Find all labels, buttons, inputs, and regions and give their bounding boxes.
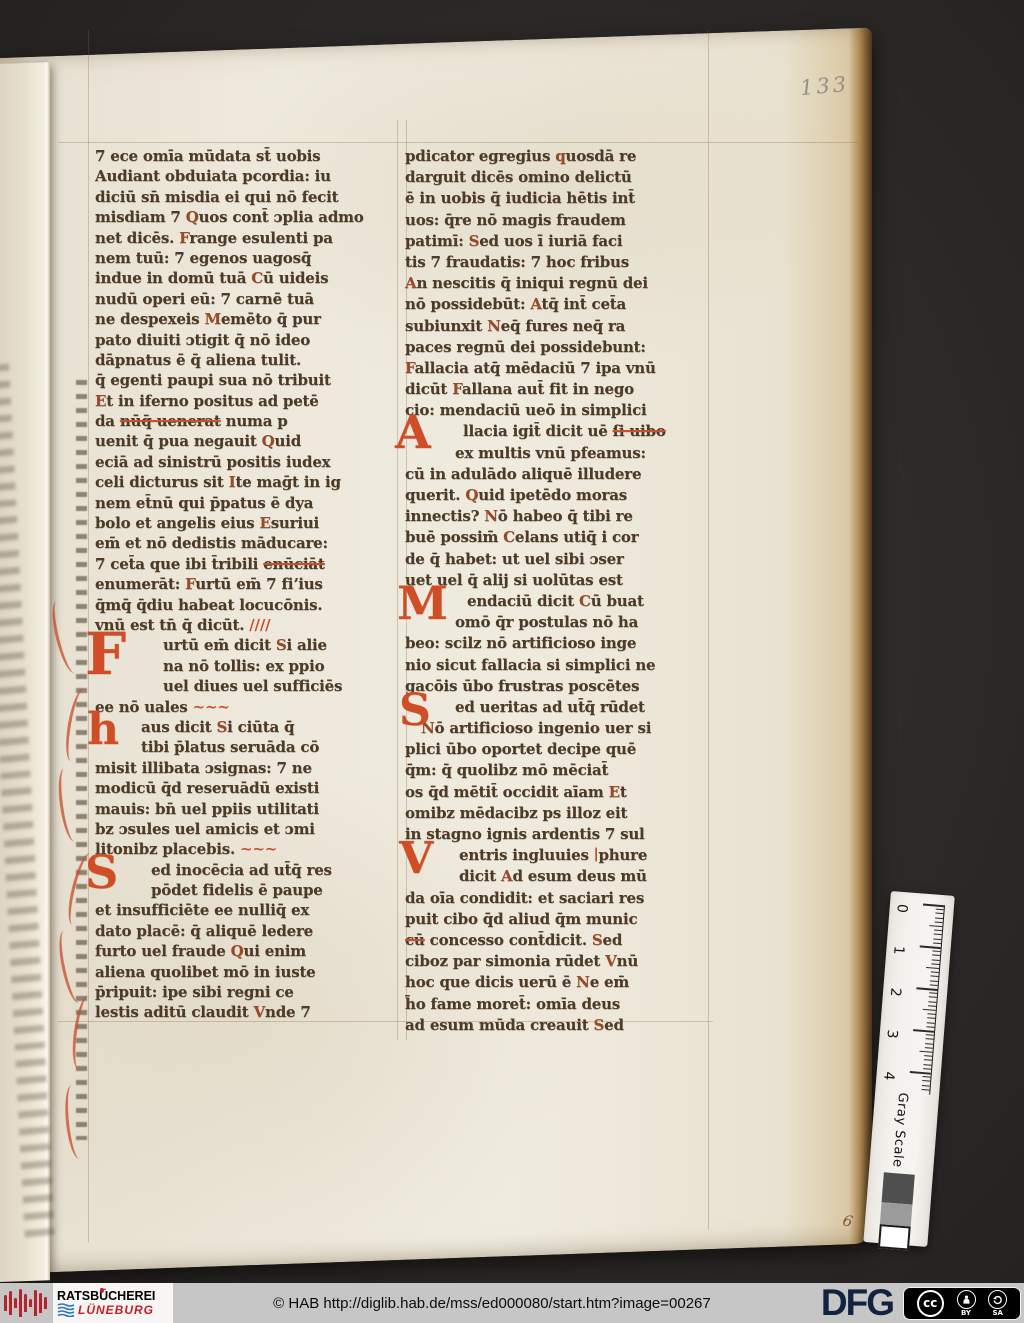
manuscript-line: cū concesso cont̄dicit. Sed <box>405 930 711 951</box>
ruling-line <box>58 142 858 143</box>
rubricated-initial: V <box>399 839 433 879</box>
rubricated-initial: A <box>395 412 431 453</box>
manuscript-line: pōdet fidelis ē paupe <box>95 880 397 900</box>
manuscript-line: ciboz par simonia rūdet Vnū <box>405 951 711 972</box>
manuscript-line: bolo et angelis eius Esuriui <box>95 513 397 533</box>
manuscript-line: enumerāt: Furtū em̄ 7 fiʼius <box>95 574 397 594</box>
ruler-number: 3 <box>883 1029 900 1039</box>
ruler-tick <box>935 921 943 923</box>
manuscript-line: plici ūbo oportet decipe quē <box>405 739 711 760</box>
ruler-tick <box>928 1005 936 1007</box>
manuscript-line: ed inocēcia ad ut̄q̄ res <box>95 860 397 880</box>
manuscript-line: h̄o fame moret̄: omīa deus <box>405 994 711 1015</box>
manuscript-line: aus dicit Si ciūta q̄ <box>95 717 397 737</box>
manuscript-line: mauis: bn̄ uel ppiis utilitati <box>95 799 397 819</box>
facing-page-sliver <box>0 62 50 1282</box>
manuscript-line: uenit q̄ pua negauit Quid <box>95 431 397 451</box>
ruler-tick <box>920 945 941 948</box>
ruler-tick <box>913 1029 934 1032</box>
red-bar <box>24 1294 27 1312</box>
ruler-tick <box>919 1051 932 1053</box>
manuscript-line: Nō artificioso ingenio uer si <box>405 718 711 739</box>
manuscript-line: paces regnū dei possidebunt: <box>405 337 711 358</box>
ruler-tick <box>924 1059 932 1061</box>
manuscript-line: bz ɔsules uel amicis et ɔmi <box>95 819 397 839</box>
ruler-tick <box>922 1085 930 1087</box>
manuscript-line: q̄ egenti paupi sua nō tribuit <box>95 370 397 390</box>
ruler-tick <box>926 1034 934 1036</box>
ruler-tick <box>922 1080 930 1082</box>
manuscript-line: ad esum mūda creauit Sed <box>405 1015 711 1036</box>
ruler-tick <box>921 1089 929 1091</box>
manuscript-line: tis 7 fraudatis: 7 hoc fribus <box>405 252 711 273</box>
rubricated-initial: F <box>85 628 126 680</box>
ruler-tick <box>927 1022 935 1024</box>
manuscript-line: diciū sn̄ misdia ei qui nō fecit <box>95 187 397 207</box>
manuscript-line: dicūt Fallana aut̄ fit in nego <box>405 379 711 400</box>
manuscript-left-column: 7 ece omīa mūdata st̄ uobisAudiant obdui… <box>95 146 397 1023</box>
manuscript-line: modicū q̄d reseruādū existi <box>95 778 397 798</box>
ruler-tick <box>933 938 941 940</box>
manuscript-line: os q̄d mētit̄ occidit aīam Et <box>405 782 711 803</box>
waves-book-icon <box>57 1303 75 1317</box>
cc-sa-icon: SA <box>988 1290 1007 1317</box>
manuscript-line: pdicator egregius quosdā re <box>405 146 711 167</box>
manuscript-line: uos: q̄re nō magis fraudem <box>405 210 711 231</box>
gray-scale-patches <box>878 1172 915 1250</box>
manuscript-line: p̄ripuit: ipe sibi regni ce <box>95 982 397 1002</box>
manuscript-line: entris ingluuies ∣phure <box>405 845 711 866</box>
manuscript-line: Et in iferno positus ad petē <box>95 391 397 411</box>
manuscript-line: eciā ad sinistrū positis iudex <box>95 452 397 472</box>
manuscript-line: 7 ece omīa mūdata st̄ uobis <box>95 146 397 166</box>
manuscript-line: ē in uobis q̄ iudicia hētis int̄ <box>405 188 711 209</box>
red-bar <box>19 1289 22 1317</box>
ruler-tick <box>925 1047 933 1049</box>
manuscript-line: misdiam 7 Quos cont̄ ɔplia admo <box>95 207 397 227</box>
manuscript-line: cū in adulādo aliquē illudere <box>405 464 711 485</box>
manuscript-line: dicit Ad esum deus mū <box>405 866 711 887</box>
red-bar <box>9 1291 12 1315</box>
cc-license-badge: cc BY SA <box>903 1287 1021 1320</box>
manuscript-line: dato placē: q̄ aliquē ledere <box>95 921 397 941</box>
ruler-number: 1 <box>890 945 907 955</box>
ruler-tick <box>930 976 938 978</box>
ruler-tick <box>924 1055 932 1057</box>
manuscript-line: subiunxit Neq̄ fures neq̄ ra <box>405 316 711 337</box>
manuscript-line: hoc que dicis uerū ē Ne em̄ <box>405 972 711 993</box>
manuscript-line: nem et̄nū qui p̄patus ē dya <box>95 493 397 513</box>
footer-bar: RATSBÜCHEREI LÜNEBURG © HAB http://digli… <box>0 1283 1024 1323</box>
manuscript-line: nem tuū: 7 egenos uagosq̄ <box>95 248 397 268</box>
ruler-tick <box>934 934 942 936</box>
red-bar <box>34 1290 37 1316</box>
ruler-tick <box>926 1026 934 1028</box>
library-city: LÜNEBURG <box>78 1303 154 1317</box>
ruler-tick <box>931 963 939 965</box>
manuscript-line: innectis? Nō habeo q̄ tibi re <box>405 506 711 527</box>
ruler-tick <box>935 917 943 919</box>
manuscript-line: uet uel q̄ alij si uolūtas est <box>405 570 711 591</box>
manuscript-line: endaciū dicit Cū buat <box>405 591 711 612</box>
ruler-number: 4 <box>880 1071 897 1081</box>
manuscript-line: tibi p̄latus seruāda cō <box>95 737 397 757</box>
dfg-logo: DFG <box>821 1283 893 1323</box>
manuscript-line: lestis aditū claudit Vnde 7 <box>95 1002 397 1022</box>
ruler-tick <box>922 1076 930 1078</box>
ruler-tick <box>923 1064 931 1066</box>
ruler-tick <box>910 1071 931 1074</box>
red-bar <box>4 1295 7 1311</box>
ruler-tick <box>933 942 941 944</box>
rubricated-initial: M <box>397 583 448 624</box>
manuscript-line: buē possim̄ Celans utiq̄ i cor <box>405 527 711 548</box>
rubricated-initial: S <box>85 852 118 893</box>
digitized-manuscript-photo: { "photo": { "folio_number": "133", "cor… <box>0 0 1024 1323</box>
manuscript-line: in stagno ignis ardentis 7 sul <box>405 824 711 845</box>
dark-gray-patch <box>882 1172 915 1204</box>
ruler-tick <box>929 992 937 994</box>
manuscript-line: querit. Quid ipetēdo moras <box>405 485 711 506</box>
manuscript-line: dāpnatus ē q̄ aliena tulit. <box>95 350 397 370</box>
ruler-tick <box>932 955 940 957</box>
manuscript-line: An nescitis q̄ iniqui regnū dei <box>405 273 711 294</box>
red-bar <box>44 1297 47 1309</box>
manuscript-line: q̄mq̄ q̄diu habeat locucōnis. <box>95 595 397 615</box>
manuscript-line: ee nō uales ~~~ <box>95 697 397 717</box>
manuscript-line: de q̄ habet: ut uel sibi ɔser <box>405 549 711 570</box>
red-bar <box>29 1299 32 1307</box>
manuscript-right-column: pdicator egregius quosdā redarguit dicēs… <box>405 146 711 1036</box>
ratsbuecherei-bars-icon <box>0 1283 53 1323</box>
ruler-tick <box>925 1043 933 1045</box>
manuscript-line: uel diues uel sufficiēs <box>95 676 397 696</box>
manuscript-line: vnū est tn̄ q̄ dicūt. //// <box>95 615 397 635</box>
manuscript-line: nudū operi eū: 7 carnē tuā <box>95 289 397 309</box>
manuscript-line: celi dicturus sit Ite maḡt in ig <box>95 472 397 492</box>
manuscript-line: llacia igit̄ dicit uē ſi uibo <box>405 421 711 442</box>
manuscript-line: nio sicut fallacia si simplici ne <box>405 655 711 676</box>
cc-sa-label: SA <box>993 1310 1003 1317</box>
manuscript-line: da nūq̄ uenerat numa p <box>95 411 397 431</box>
gray-scale-ruler: 01234 Gray Scale <box>863 891 954 1247</box>
manuscript-line: omibz mēdacibz ps illoz eit <box>405 803 711 824</box>
manuscript-line: litonibz placebis. ~~~ <box>95 839 397 859</box>
manuscript-line: darguit dicēs omino delictū <box>405 167 711 188</box>
ruler-tick <box>929 997 937 999</box>
ruler-tick <box>923 1009 936 1011</box>
mid-gray-patch <box>880 1202 913 1226</box>
ruler-tick <box>923 1068 931 1070</box>
manuscript-line: omō q̄r postulas nō ha <box>405 612 711 633</box>
manuscript-line: 7 cet̄a que ibi t̄ribili enūciāt <box>95 554 397 574</box>
manuscript-line: indue in domū tuā Cū uideis <box>95 268 397 288</box>
ruler-tick <box>927 1018 935 1020</box>
ruler-label: Gray Scale <box>889 1092 910 1168</box>
red-umlaut-dot <box>100 1288 104 1293</box>
white-patch <box>878 1224 911 1250</box>
ruler-tick <box>929 925 942 927</box>
manuscript-line: nō possidebūt: Atq̄ int̄ cet̄a <box>405 294 711 315</box>
cc-logo-icon: cc <box>917 1290 944 1317</box>
manuscript-line: ne despexeis Memēto q̄ pur <box>95 309 397 329</box>
red-bar <box>14 1298 17 1308</box>
ruler-tick <box>928 1001 936 1003</box>
ruler-tick <box>930 984 938 986</box>
manuscript-line: q̄m: q̄ quolibz mō mēciat̄ <box>405 760 711 781</box>
ruler-tick <box>925 1039 933 1041</box>
manuscript-line: Audiant obduiata pcordia: iu <box>95 166 397 186</box>
ruler-tick <box>935 913 943 915</box>
ruler-tick <box>927 1013 935 1015</box>
manuscript-line: da oīa condidit: et saciari res <box>405 888 711 909</box>
manuscript-line: na nō tollis: ex ppio <box>95 656 397 676</box>
ruler-tick <box>934 930 942 932</box>
manuscript-line: puit cibo q̄d aliud q̄m munic <box>405 909 711 930</box>
cc-by-icon: BY <box>957 1290 976 1317</box>
ruler-tick <box>930 980 938 982</box>
manuscript-line: net dicēs. Frange esulenti pa <box>95 228 397 248</box>
ruler-tick <box>936 909 944 911</box>
ruler-tick <box>932 959 940 961</box>
manuscript-line: cio: mendaciū ueō in simplici <box>405 400 711 421</box>
manuscript-line: Fallacia atq̄ mēdaciū 7 ipa vnū <box>405 358 711 379</box>
library-logo: RATSBÜCHEREI LÜNEBURG <box>53 1283 173 1323</box>
manuscript-line: furto uel fraude Qui enim <box>95 941 397 961</box>
manuscript-line: pato diuiti ɔtigit q̄ nō ideo <box>95 330 397 350</box>
rubricated-initial: h <box>87 710 119 750</box>
ruler-number: 0 <box>893 903 910 913</box>
manuscript-line: misit illibata ɔsignas: 7 ne <box>95 758 397 778</box>
ruler-tick <box>932 951 940 953</box>
ruler-tick <box>916 987 937 990</box>
manuscript-line: em̄ et nō dedistis māducare: <box>95 533 397 553</box>
manuscript-line: patimī: Sed uos ī iuriā faci <box>405 231 711 252</box>
manuscript-line: urtū em̄ dicit Si alie <box>95 635 397 655</box>
ruler-tick <box>926 967 939 969</box>
cc-by-label: BY <box>961 1310 971 1317</box>
facing-page-blurred-text <box>0 364 55 1244</box>
library-name: RATSBÜCHEREI <box>57 1289 173 1303</box>
manuscript-line: ex multis vnū pfeamus: <box>405 443 711 464</box>
manuscript-line: aliena quolibet mō in iuste <box>95 962 397 982</box>
red-bar <box>39 1293 42 1313</box>
ruler-tick <box>923 904 944 907</box>
copyright-url-text: © HAB http://diglib.hab.de/mss/ed000080/… <box>173 1295 821 1312</box>
ruler-number: 2 <box>887 987 904 997</box>
person-icon <box>961 1294 972 1305</box>
manuscript-line: ed ueritas ad ut̄q̄ rūdet <box>405 697 711 718</box>
folio-number: 133 <box>799 72 850 100</box>
manuscript-line: et insufficiēte ee nulliq̄ ex <box>95 900 397 920</box>
manuscript-line: beo: scilz nō artificioso inge <box>405 633 711 654</box>
rubricated-initial: S <box>399 691 431 731</box>
ruler-tick <box>931 972 939 974</box>
share-alike-arrow-icon <box>992 1294 1003 1305</box>
manuscript-line: gacōis ūbo frustras poscētes <box>405 676 711 697</box>
